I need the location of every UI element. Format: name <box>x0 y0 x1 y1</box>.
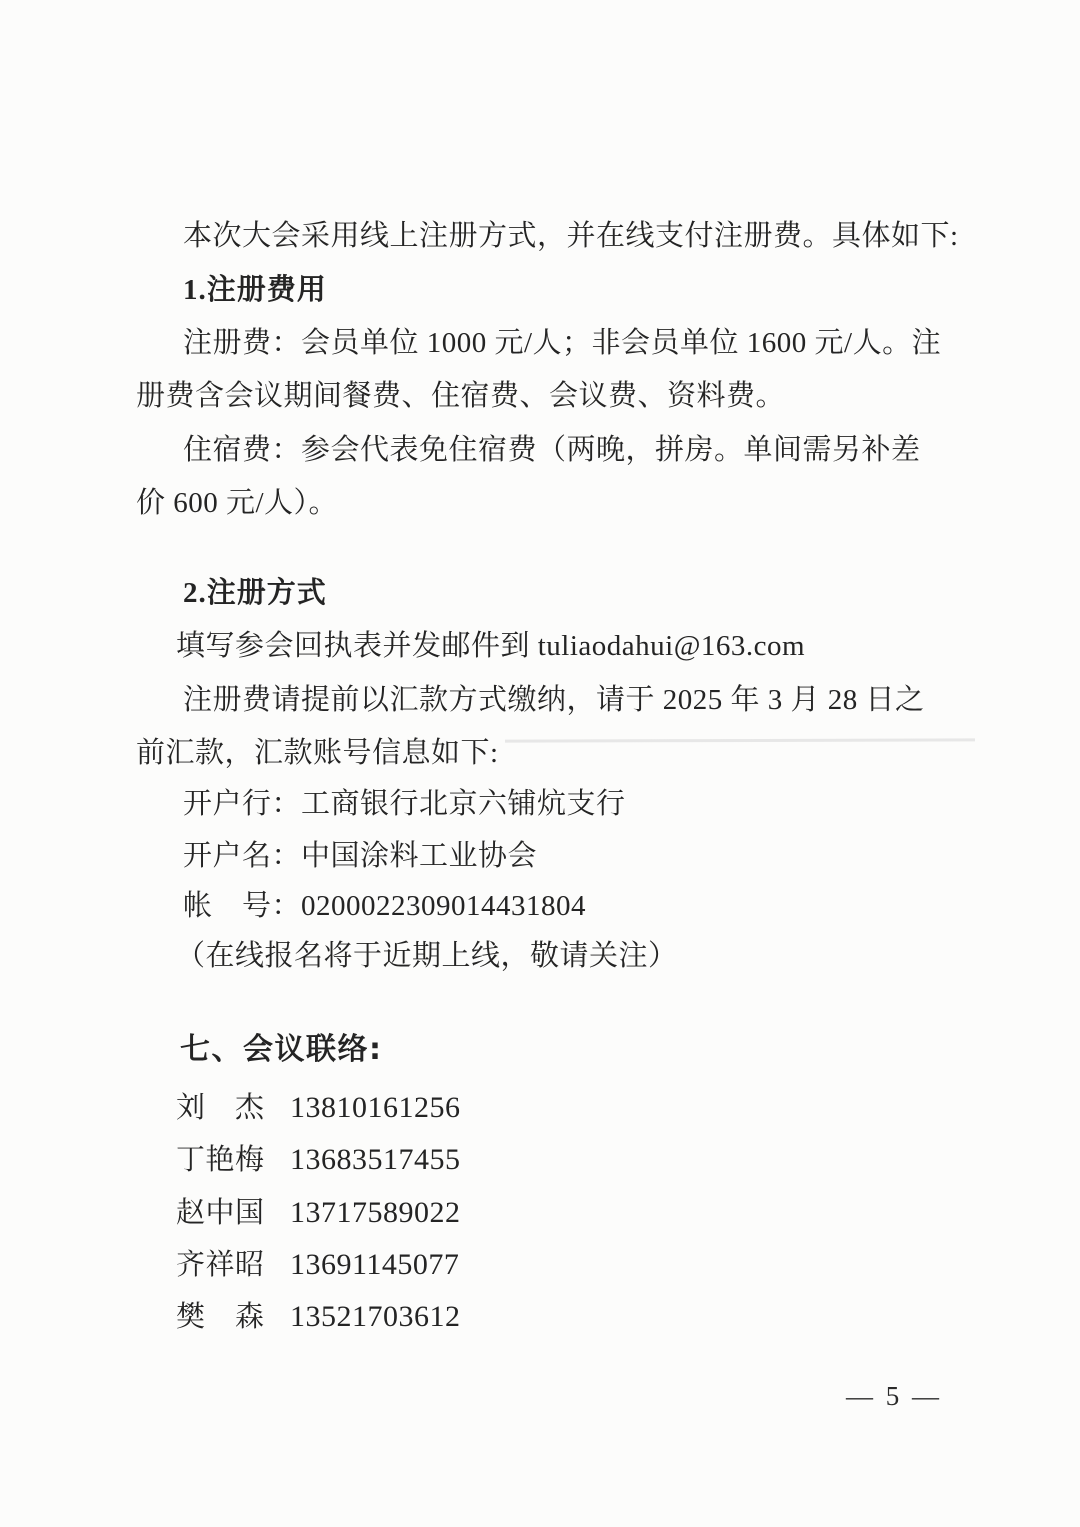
page-number: — 5 — <box>846 1381 942 1412</box>
contact-row: 赵中国 13717589022 <box>176 1190 461 1231</box>
lodging-line-2: 价 600 元/人）。 <box>136 483 338 523</box>
contact-phone: 13691145077 <box>290 1248 459 1282</box>
contact-phone: 13717589022 <box>290 1196 461 1230</box>
remittance-line-2: 前汇款，汇款账号信息如下: <box>136 733 499 773</box>
contact-name: 丁艳梅 <box>176 1137 290 1178</box>
contact-phone: 13683517455 <box>290 1143 461 1177</box>
contact-row: 丁艳梅 13683517455 <box>176 1137 461 1178</box>
contact-name: 刘 杰 <box>176 1085 290 1126</box>
section-fees-heading: 1.注册费用 <box>183 270 327 310</box>
contact-row: 樊 森 13521703612 <box>176 1294 461 1335</box>
contact-row: 刘 杰 13810161256 <box>176 1085 461 1126</box>
bank-line: 开户行：工商银行北京六铺炕支行 <box>183 784 626 824</box>
contact-row: 齐祥昭 13691145077 <box>176 1242 459 1283</box>
contact-name: 齐祥昭 <box>176 1242 290 1283</box>
intro-line: 本次大会采用线上注册方式，并在线支付注册费。具体如下: <box>183 216 959 256</box>
section-contacts-heading: 七、会议联络: <box>180 1030 383 1070</box>
account-name-line: 开户名：中国涂料工业协会 <box>183 836 537 876</box>
scan-artifact-streak <box>505 738 975 742</box>
contact-name: 樊 森 <box>176 1294 290 1335</box>
contact-name: 赵中国 <box>176 1190 290 1231</box>
scanned-document-page: 本次大会采用线上注册方式，并在线支付注册费。具体如下: 1.注册费用 注册费：会… <box>0 0 1080 1527</box>
registration-email-line: 填写参会回执表并发邮件到 tuliaodahui@163.com <box>176 626 805 666</box>
fee-line-1: 注册费：会员单位 1000 元/人；非会员单位 1600 元/人。注 <box>183 323 941 363</box>
online-signup-note-line: （在线报名将于近期上线，敬请关注） <box>176 936 678 976</box>
lodging-line-1: 住宿费：参会代表免住宿费（两晚，拼房。单间需另补差 <box>183 430 921 470</box>
contact-phone: 13521703612 <box>290 1300 461 1334</box>
contact-phone: 13810161256 <box>290 1091 461 1125</box>
remittance-line-1: 注册费请提前以汇款方式缴纳，请于 2025 年 3 月 28 日之 <box>183 680 925 720</box>
fee-line-2: 册费含会议期间餐费、住宿费、会议费、资料费。 <box>136 376 785 416</box>
section-registration-heading: 2.注册方式 <box>183 573 327 613</box>
account-number-line: 帐 号：0200022309014431804 <box>183 886 586 926</box>
